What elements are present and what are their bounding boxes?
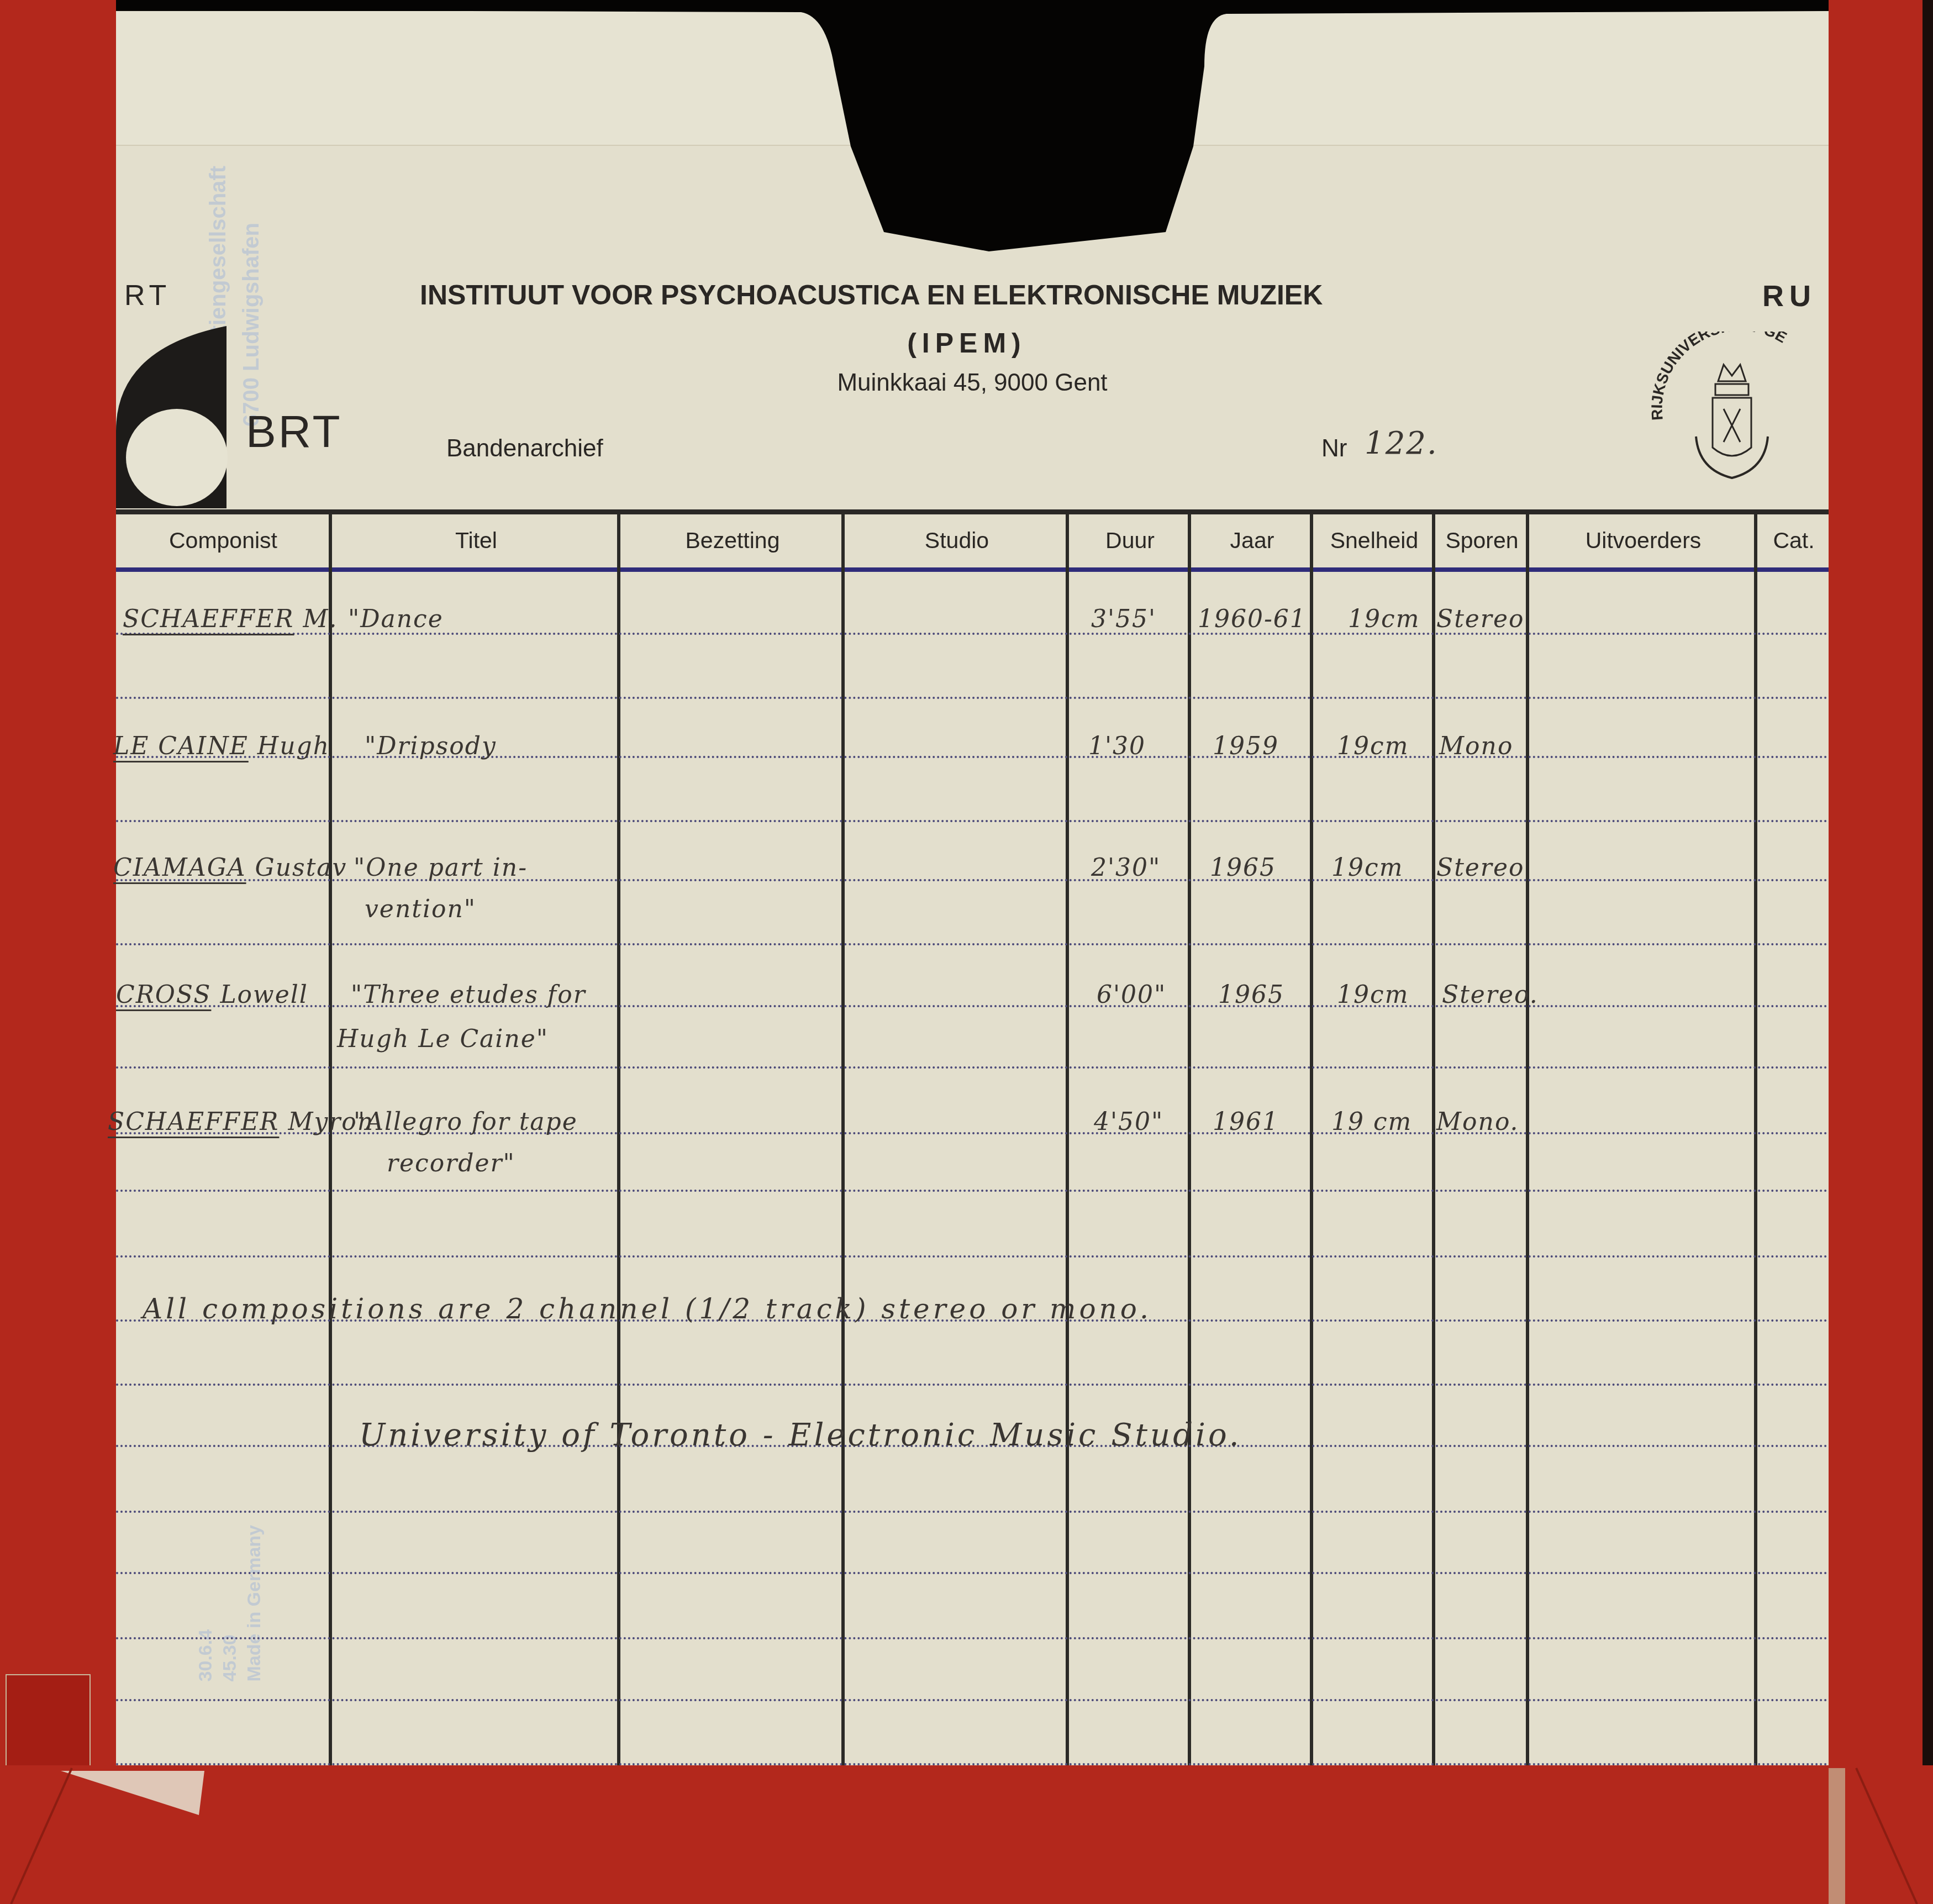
ruled-line	[116, 1572, 1829, 1574]
column-divider	[1066, 514, 1069, 1796]
column-header-componist: Componist	[116, 528, 330, 561]
column-divider	[841, 514, 845, 1796]
title-cell-line2: recorder"	[387, 1149, 515, 1177]
tracks-cell: Mono	[1439, 732, 1513, 760]
tracks-cell: Stereo.	[1442, 981, 1539, 1009]
tracks-cell: Stereo	[1436, 854, 1524, 882]
university-seal-icon: RIJKSUNIVERSITEIT-GE	[1635, 332, 1829, 492]
institute-abbrev: (IPEM)	[873, 327, 1061, 359]
year-cell: 1959	[1213, 732, 1279, 760]
composer-surname: SCHAEFFER	[123, 605, 294, 633]
speed-cell: 19cm	[1337, 732, 1409, 760]
composer-surname: CROSS	[116, 981, 211, 1009]
title-cell: "Three etudes for	[351, 981, 586, 1009]
column-divider	[329, 514, 332, 1796]
column-header-cat: Cat.	[1759, 528, 1829, 561]
column-header-bezetting: Bezetting	[622, 528, 843, 561]
ruled-line	[116, 1255, 1829, 1258]
speed-cell: 19cm	[1331, 854, 1403, 882]
speed-cell: 19 cm	[1331, 1108, 1412, 1136]
column-header-titel: Titel	[334, 528, 619, 561]
ruled-line	[116, 943, 1829, 945]
title-cell-line2: Hugh Le Caine"	[337, 1025, 549, 1053]
column-header-uitvoerders: Uitvoerders	[1531, 528, 1756, 561]
composer-given-name: M.	[303, 605, 338, 633]
duration-cell: 6'00"	[1097, 981, 1166, 1009]
title-cell: "One part in-	[354, 854, 528, 882]
composer-surname: CIAMAGA	[113, 854, 246, 882]
number-label: Nr	[1321, 435, 1347, 462]
column-divider	[617, 514, 620, 1796]
table-top-rule	[116, 509, 1829, 514]
column-header-snelheid: Snelheid	[1315, 528, 1434, 561]
column-header-sporen: Sporen	[1436, 528, 1528, 561]
box-bottom-flap	[0, 1765, 1933, 1904]
column-divider	[1526, 514, 1529, 1796]
composer-given-name: Gustav	[255, 854, 347, 882]
column-header-duur: Duur	[1071, 528, 1189, 561]
ruled-line	[116, 820, 1829, 822]
composer-given-name: Lowell	[220, 981, 308, 1009]
year-cell: 1961	[1213, 1108, 1279, 1136]
archive-label: Bandenarchief	[446, 435, 603, 462]
bleed-text-bottom: 30.6.4 45.30 Made in Germany	[193, 1525, 266, 1681]
speed-cell: 19cm	[1337, 981, 1409, 1009]
brt-logo-icon	[116, 326, 238, 508]
left-edge-label: RT	[124, 279, 171, 312]
ruled-line	[116, 1066, 1829, 1069]
table-header-blue-rule	[116, 567, 1829, 572]
duration-cell: 2'30"	[1091, 854, 1161, 882]
column-divider	[1310, 514, 1313, 1796]
year-cell: 1960-61	[1198, 605, 1307, 633]
column-header-studio: Studio	[846, 528, 1067, 561]
duration-cell: 4'50"	[1094, 1108, 1163, 1136]
duration-cell: 1'30	[1088, 732, 1146, 760]
year-cell: 1965	[1218, 981, 1284, 1009]
institute-address: Muinkkaai 45, 9000 Gent	[773, 369, 1171, 397]
ruled-line	[116, 1384, 1829, 1386]
year-cell: 1965	[1210, 854, 1276, 882]
title-cell-line2: vention"	[365, 895, 476, 923]
column-divider	[1432, 514, 1435, 1796]
column-header-jaar: Jaar	[1193, 528, 1312, 561]
note-origin-studio: University of Toronto - Electronic Music…	[359, 1417, 1241, 1453]
institute-title: INSTITUUT VOOR PSYCHOACUSTICA EN ELEKTRO…	[420, 279, 1525, 311]
composer-surname: SCHAEFFER	[108, 1108, 279, 1136]
composer-given-name: Hugh	[257, 732, 330, 760]
column-divider	[1188, 514, 1191, 1796]
tracks-cell: Mono.	[1436, 1108, 1519, 1136]
ruled-line	[116, 1699, 1829, 1701]
number-value: 122.	[1365, 425, 1438, 461]
finger-notch-cutout	[0, 0, 1933, 287]
brt-logo-text: BRT	[246, 406, 343, 458]
right-edge-label: RU	[1762, 279, 1816, 313]
note-channels: All compositions are 2 channel (1/2 trac…	[143, 1293, 1152, 1325]
title-cell: "Allegro for tape	[354, 1108, 578, 1136]
ruled-line	[116, 1190, 1829, 1192]
speed-cell: 19cm	[1348, 605, 1420, 633]
ruled-line	[116, 697, 1829, 699]
tracks-cell: Stereo	[1436, 605, 1524, 633]
ruled-line	[116, 1511, 1829, 1513]
composer-surname: LE CAINE	[113, 732, 249, 760]
duration-cell: 3'55'	[1091, 605, 1156, 633]
title-cell: "Dripsody	[365, 732, 497, 760]
ruled-line	[116, 1637, 1829, 1639]
column-divider	[1754, 514, 1757, 1796]
title-cell: "Dance	[348, 605, 444, 633]
